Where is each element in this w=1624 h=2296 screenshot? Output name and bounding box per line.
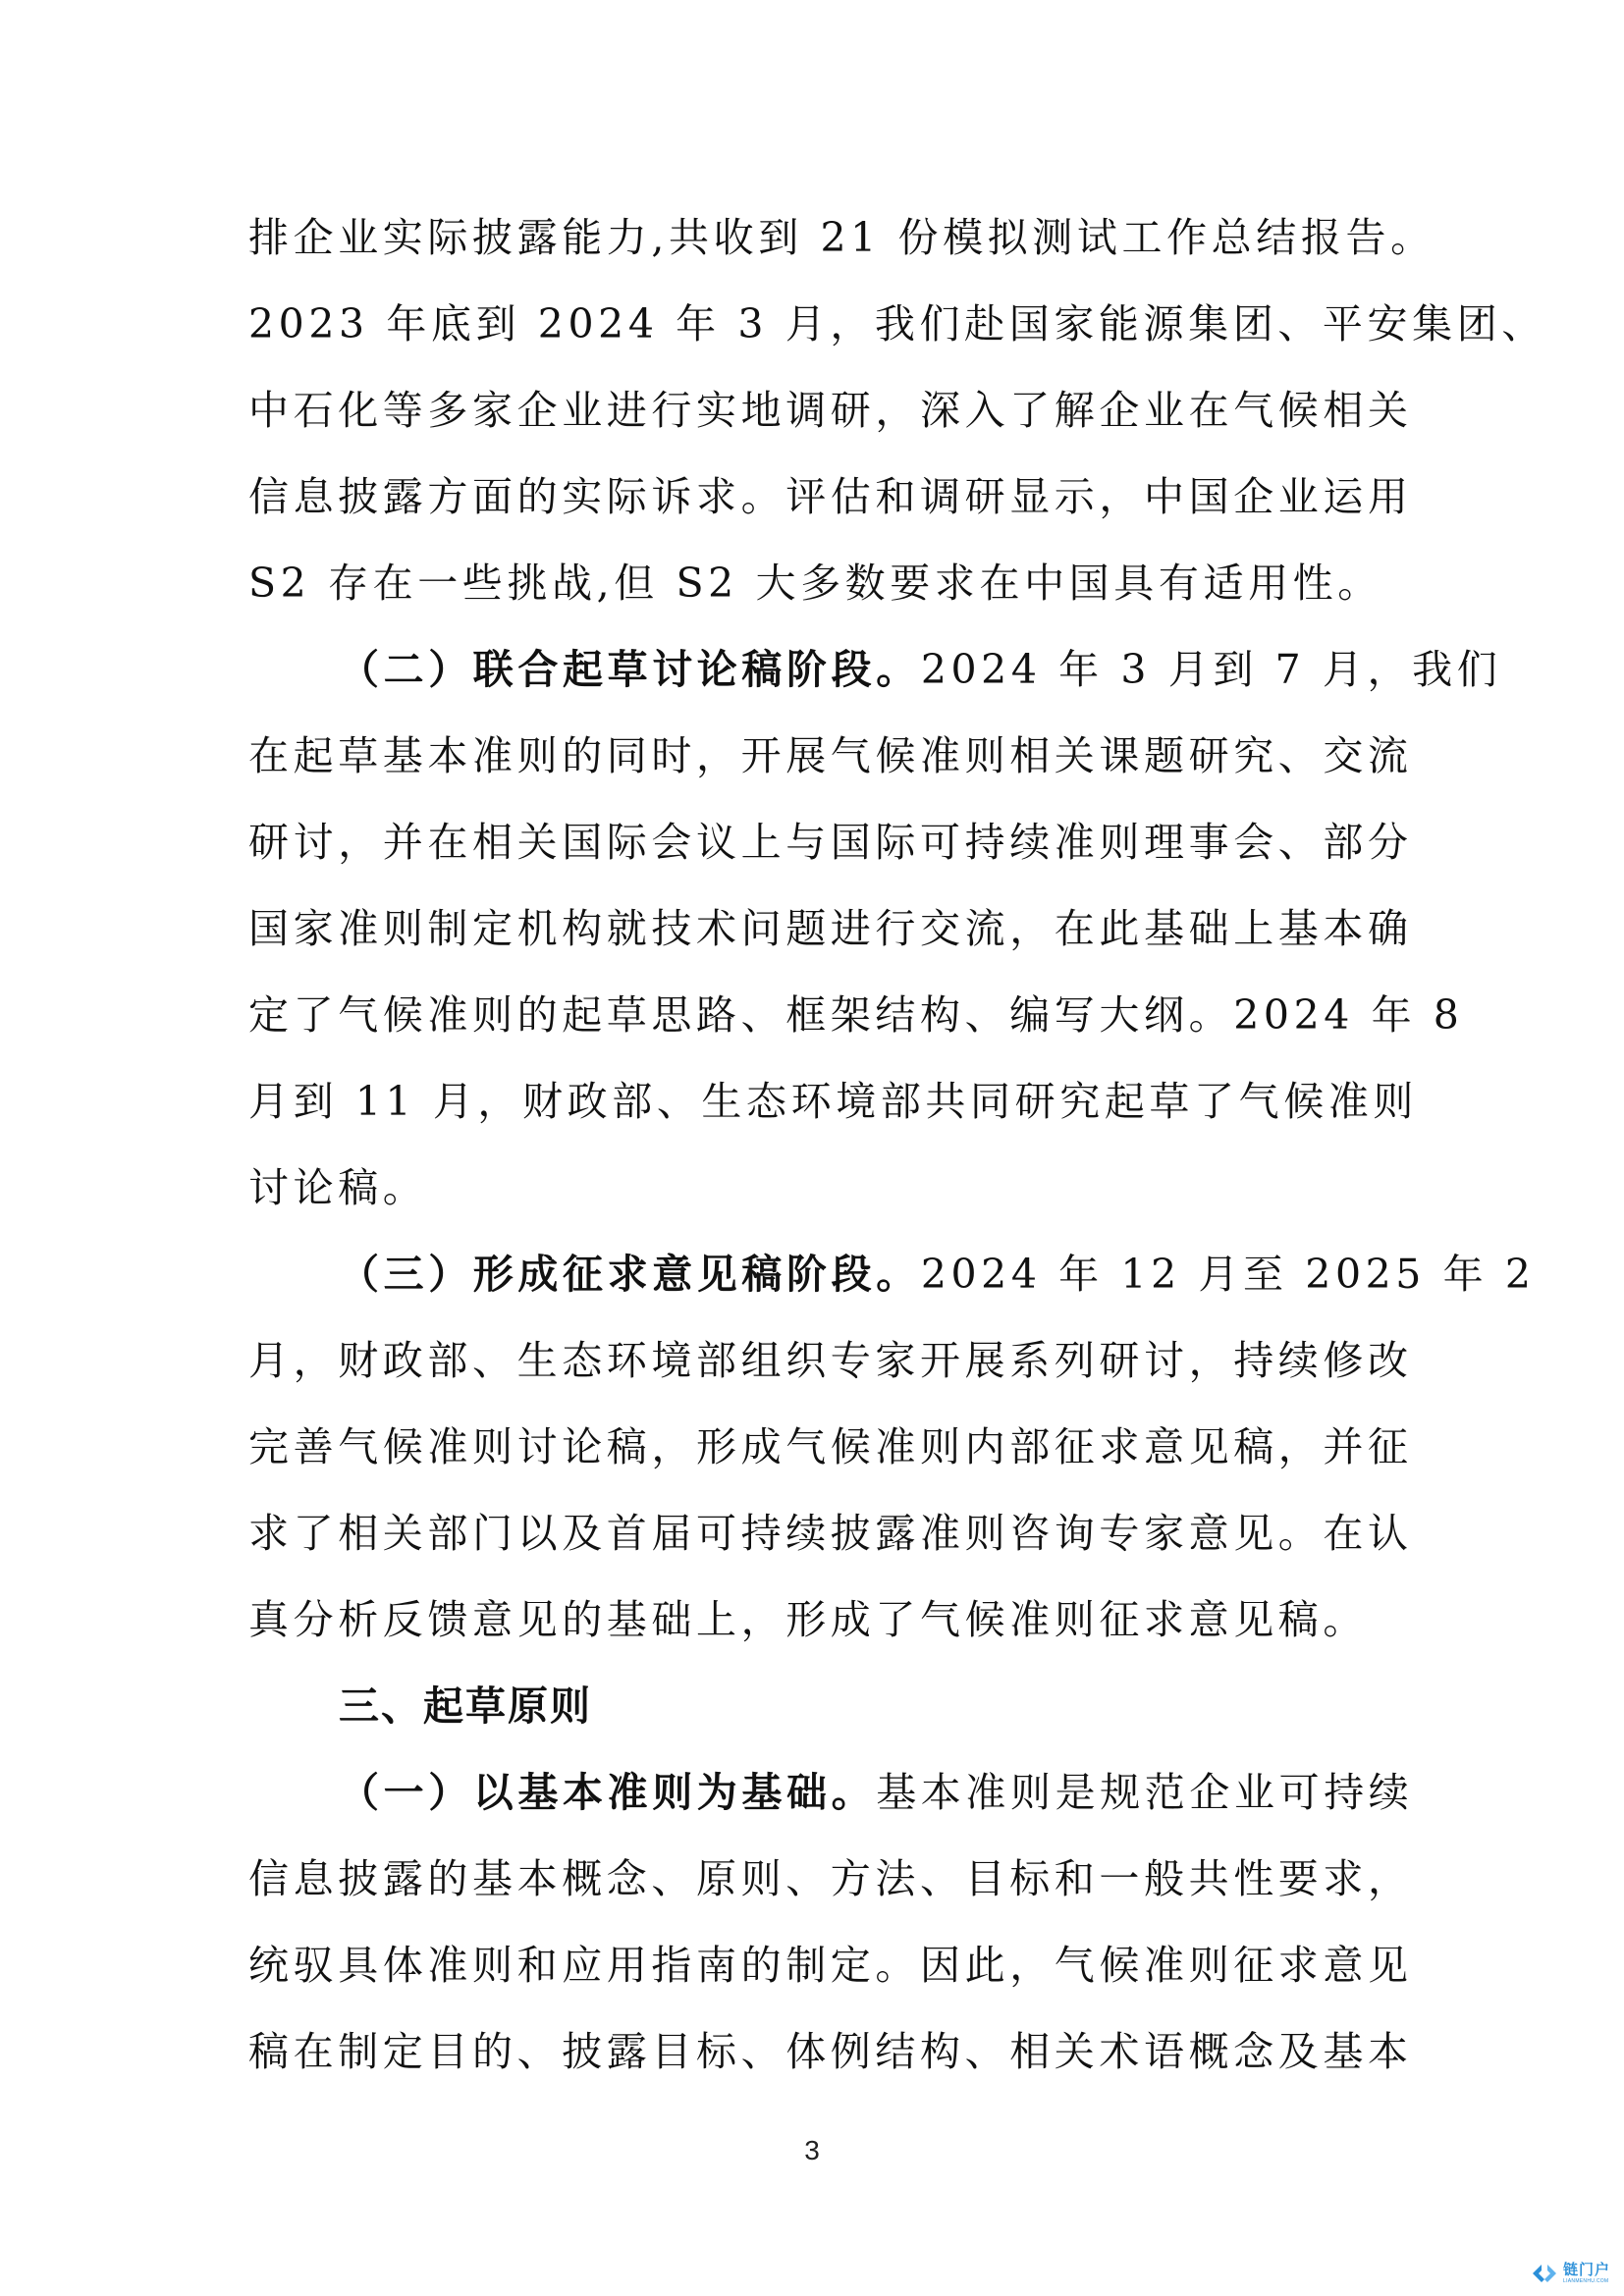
- paragraph-line: 信息披露的基本概念、原则、方法、目标和一般共性要求，: [248, 1855, 1382, 1902]
- principle-1-heading: （一）以基本准则为基础。: [339, 1769, 876, 1816]
- watermark-logo-icon: [1532, 2264, 1557, 2283]
- paragraph-line: 研讨，并在相关国际会议上与国际可持续准则理事会、部分: [248, 819, 1382, 866]
- page-number: 3: [0, 2135, 1624, 2166]
- watermark-name: 链门户: [1563, 2263, 1610, 2277]
- section-2-lead-line: （二）联合起草讨论稿阶段。2024 年 3 月到 7 月，我们: [248, 646, 1382, 693]
- section-3-lead-text: 2024 年 12 月至 2025 年 2: [921, 1251, 1536, 1298]
- paragraph-line: 稿在制定目的、披露目标、体例结构、相关术语概念及基本: [248, 2028, 1382, 2075]
- paragraph-line: 定了气候准则的起草思路、框架结构、编写大纲。2024 年 8: [248, 991, 1382, 1039]
- paragraph-line: 统驭具体准则和应用指南的制定。因此，气候准则征求意见: [248, 1942, 1382, 1989]
- paragraph-line: 讨论稿。: [248, 1164, 1382, 1211]
- watermark: 链门户 LIANMENHU.COM: [1532, 2263, 1610, 2284]
- section-heading: 三、起草原则: [339, 1682, 592, 1730]
- paragraph-line: 月到 11 月，财政部、生态环境部共同研究起草了气候准则: [248, 1078, 1382, 1125]
- paragraph-line: 中石化等多家企业进行实地调研，深入了解企业在气候相关: [248, 387, 1382, 434]
- principle-1-lead-line: （一）以基本准则为基础。基本准则是规范企业可持续: [248, 1769, 1382, 1816]
- principle-1-lead-text: 基本准则是规范企业可持续: [876, 1769, 1413, 1816]
- heading-line: 三、起草原则: [248, 1682, 1382, 1730]
- paragraph-line: 求了相关部门以及首届可持续披露准则咨询专家意见。在认: [248, 1510, 1382, 1557]
- paragraph-line: 2023 年底到 2024 年 3 月，我们赴国家能源集团、平安集团、: [248, 300, 1382, 347]
- section-3-heading: （三）形成征求意见稿阶段。: [339, 1251, 921, 1298]
- paragraph-line: 在起草基本准则的同时，开展气候准则相关课题研究、交流: [248, 732, 1382, 779]
- paragraph-line: S2 存在一些挑战,但 S2 大多数要求在中国具有适用性。: [248, 560, 1382, 607]
- watermark-domain: LIANMENHU.COM: [1563, 2279, 1610, 2284]
- paragraph-line: 信息披露方面的实际诉求。评估和调研显示，中国企业运用: [248, 473, 1382, 520]
- paragraph-line: 真分析反馈意见的基础上，形成了气候准则征求意见稿。: [248, 1596, 1382, 1643]
- section-2-lead-text: 2024 年 3 月到 7 月，我们: [921, 646, 1501, 693]
- paragraph-line: 排企业实际披露能力,共收到 21 份模拟测试工作总结报告。: [248, 214, 1382, 261]
- section-3-lead-line: （三）形成征求意见稿阶段。2024 年 12 月至 2025 年 2: [248, 1251, 1382, 1298]
- paragraph-line: 国家准则制定机构就技术问题进行交流，在此基础上基本确: [248, 905, 1382, 952]
- paragraph-line: 月，财政部、生态环境部组织专家开展系列研讨，持续修改: [248, 1337, 1382, 1384]
- paragraph-line: 完善气候准则讨论稿，形成气候准则内部征求意见稿，并征: [248, 1423, 1382, 1470]
- document-page: 排企业实际披露能力,共收到 21 份模拟测试工作总结报告。 2023 年底到 2…: [0, 0, 1624, 2296]
- section-2-heading: （二）联合起草讨论稿阶段。: [339, 646, 921, 693]
